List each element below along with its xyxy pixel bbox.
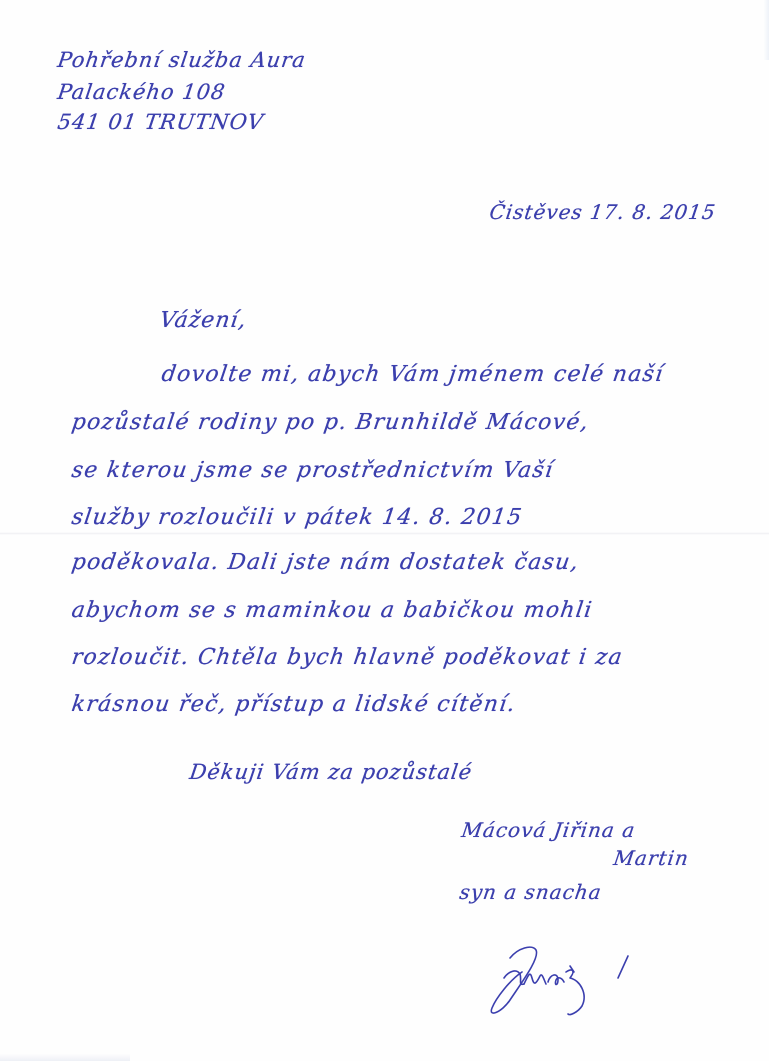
body-line: rozloučit. Chtěla bych hlavně poděkovat …	[70, 645, 625, 670]
handwritten-signature	[470, 920, 650, 1020]
scan-edge-shadow	[763, 0, 769, 60]
scan-edge-shadow-bottom	[0, 1053, 130, 1061]
body-line: abychom se s maminkou a babičkou mohli	[70, 598, 594, 623]
paper-fold-line	[0, 532, 769, 535]
signatory-names-cont: Martin	[612, 846, 691, 870]
body-line: dovolte mi, abych Vám jménem celé naší	[160, 362, 665, 387]
closing-thanks: Děkuji Vám za pozůstalé	[188, 760, 474, 784]
body-line: pozůstalé rodiny po p. Brunhildě Mácové,	[70, 410, 591, 435]
body-line: krásnou řeč, přístup a lidské cítění.	[70, 692, 518, 717]
body-line: služby rozloučili v pátek 14. 8. 2015	[70, 505, 524, 530]
recipient-name: Pohřební služba Aura	[56, 48, 308, 72]
salutation: Vážení,	[158, 308, 248, 333]
body-line: poděkovala. Dali jste nám dostatek času,	[70, 550, 581, 575]
place-and-date: Čistěves 17. 8. 2015	[488, 200, 717, 224]
recipient-street: Palackého 108	[56, 80, 227, 104]
letter-page: Pohřební služba Aura Palackého 108 541 0…	[0, 0, 769, 1061]
body-line: se kterou jsme se prostřednictvím Vaší	[70, 458, 555, 483]
signatory-relation: syn a snacha	[458, 880, 604, 904]
signatory-names: Mácová Jiřina a	[460, 818, 637, 842]
recipient-city: 541 01 TRUTNOV	[56, 110, 265, 134]
